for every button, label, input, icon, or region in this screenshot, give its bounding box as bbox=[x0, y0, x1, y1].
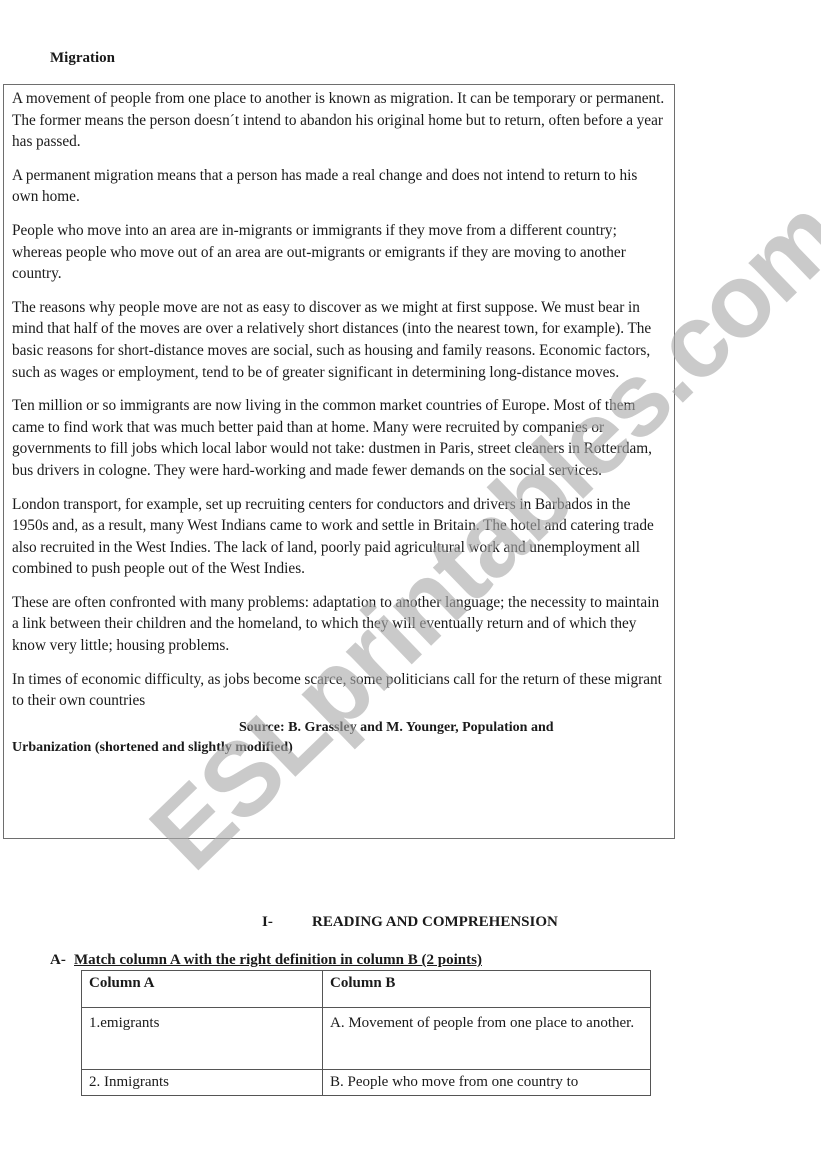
passage-paragraph: A movement of people from one place to a… bbox=[12, 88, 666, 153]
source-line-1: Source: B. Grassley and M. Younger, Popu… bbox=[239, 720, 554, 735]
passage-paragraph: London transport, for example, set up re… bbox=[12, 494, 666, 580]
document-title: Migration bbox=[50, 50, 115, 67]
table-cell: B. People who move from one country to bbox=[323, 1070, 651, 1096]
passage-paragraph: Ten million or so immigrants are now liv… bbox=[12, 395, 666, 481]
exercise-label: A- bbox=[50, 952, 74, 969]
section-number: I- bbox=[262, 914, 312, 931]
section-title: READING AND COMPREHENSION bbox=[312, 914, 558, 930]
table-row: 2. Inmigrants B. People who move from on… bbox=[82, 1070, 651, 1096]
column-a-header: Column A bbox=[82, 971, 323, 1008]
exercise-instruction: A-Match column A with the right definiti… bbox=[50, 952, 482, 969]
exercise-text: Match column A with the right definition… bbox=[74, 952, 482, 968]
table-cell: A. Movement of people from one place to … bbox=[323, 1008, 651, 1070]
table-cell: 1.emigrants bbox=[82, 1008, 323, 1070]
source-citation: Source: B. Grassley and M. Younger, Popu… bbox=[12, 718, 666, 758]
table-header-row: Column A Column B bbox=[82, 971, 651, 1008]
passage-paragraph: The reasons why people move are not as e… bbox=[12, 297, 666, 383]
passage-paragraph: In times of economic difficulty, as jobs… bbox=[12, 669, 666, 712]
table-row: 1.emigrants A. Movement of people from o… bbox=[82, 1008, 651, 1070]
reading-passage: A movement of people from one place to a… bbox=[3, 84, 675, 839]
matching-table: Column A Column B 1.emigrants A. Movemen… bbox=[81, 970, 651, 1096]
passage-paragraph: A permanent migration means that a perso… bbox=[12, 165, 666, 208]
passage-paragraph: People who move into an area are in-migr… bbox=[12, 220, 666, 285]
table-cell: 2. Inmigrants bbox=[82, 1070, 323, 1096]
section-heading: I-READING AND COMPREHENSION bbox=[262, 914, 558, 931]
source-line-2: Urbanization (shortened and slightly mod… bbox=[12, 740, 293, 755]
column-b-header: Column B bbox=[323, 971, 651, 1008]
passage-paragraph: These are often confronted with many pro… bbox=[12, 592, 666, 657]
